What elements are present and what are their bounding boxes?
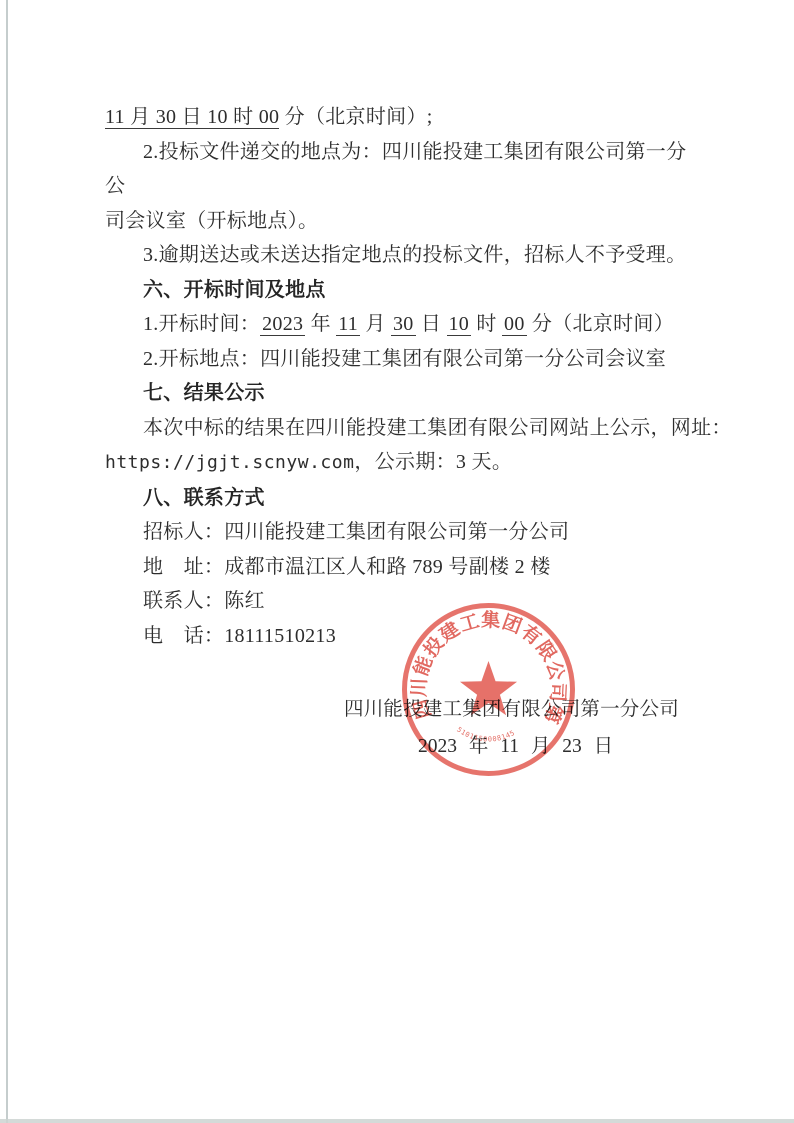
seal-star-icon <box>460 661 517 715</box>
opening-year-value: 2023 <box>260 313 305 336</box>
seal-ring-text: 四川能投建工集团有限公司第一分公司 <box>398 599 569 727</box>
late-delivery-rule: 3.逾期送达或未送达指定地点的投标文件，招标人不予受理。 <box>105 238 703 273</box>
year-unit: 年 <box>305 313 336 335</box>
hour-unit: 时 <box>471 313 502 335</box>
opening-time-label: 1.开标时间： <box>143 313 260 335</box>
document-body: 11 月 30 日 10 时 00 分（北京时间）; 2.投标文件递交的地点为：… <box>105 100 703 653</box>
section6-heading: 六、开标时间及地点 <box>105 273 703 308</box>
opening-hour-value: 10 <box>447 313 472 336</box>
scan-edge-bottom <box>0 1119 794 1123</box>
opening-day-value: 30 <box>391 313 416 336</box>
company-seal: 四川能投建工集团有限公司第一分公司 5101150008145 <box>398 599 579 780</box>
deadline-rest: 分（北京时间）; <box>279 106 432 128</box>
contact-address-line: 地 址：成都市温江区人和路 789 号副楼 2 楼 <box>105 550 703 585</box>
document-page: 11 月 30 日 10 时 00 分（北京时间）; 2.投标文件递交的地点为：… <box>0 0 794 1123</box>
delivery-line-2: 司会议室（开标地点）。 <box>105 210 318 232</box>
svg-text:5101150008145: 5101150008145 <box>455 726 516 744</box>
deadline-datetime: 11 月 30 日 10 时 00 <box>105 106 279 129</box>
section7-heading: 七、结果公示 <box>105 376 703 411</box>
minute-unit: 分（北京时间） <box>527 313 674 335</box>
day-unit: 日 <box>416 313 447 335</box>
opening-place-line: 2.开标地点：四川能投建工集团有限公司第一分公司会议室 <box>105 342 703 377</box>
contact-bidder-line: 招标人：四川能投建工集团有限公司第一分公司 <box>105 515 703 550</box>
opening-month-value: 11 <box>336 313 360 336</box>
publicity-line: 本次中标的结果在四川能投建工集团有限公司网站上公示，网址： <box>105 411 703 446</box>
svg-text:四川能投建工集团有限公司第一分公司: 四川能投建工集团有限公司第一分公司 <box>398 599 569 727</box>
seal-code-text: 5101150008145 <box>455 726 516 744</box>
publicity-period: ，公示期：3 天。 <box>354 451 512 473</box>
delivery-line-1: 2.投标文件递交的地点为：四川能投建工集团有限公司第一分公 <box>105 141 686 198</box>
month-unit: 月 <box>360 313 391 335</box>
delivery-location-paragraph: 2.投标文件递交的地点为：四川能投建工集团有限公司第一分公司会议室（开标地点）。 <box>105 135 703 239</box>
opening-time-line: 1.开标时间：2023 年 11 月 30 日 10 时 00 分（北京时间） <box>105 307 703 342</box>
publicity-url: https://jgjt.scnyw.com <box>105 452 354 473</box>
section8-heading: 八、联系方式 <box>105 481 703 516</box>
opening-minute-value: 00 <box>502 313 527 336</box>
scan-edge-left <box>6 0 8 1123</box>
publicity-url-line: https://jgjt.scnyw.com，公示期：3 天。 <box>105 445 703 481</box>
deadline-line: 11 月 30 日 10 时 00 分（北京时间）; <box>105 100 703 135</box>
